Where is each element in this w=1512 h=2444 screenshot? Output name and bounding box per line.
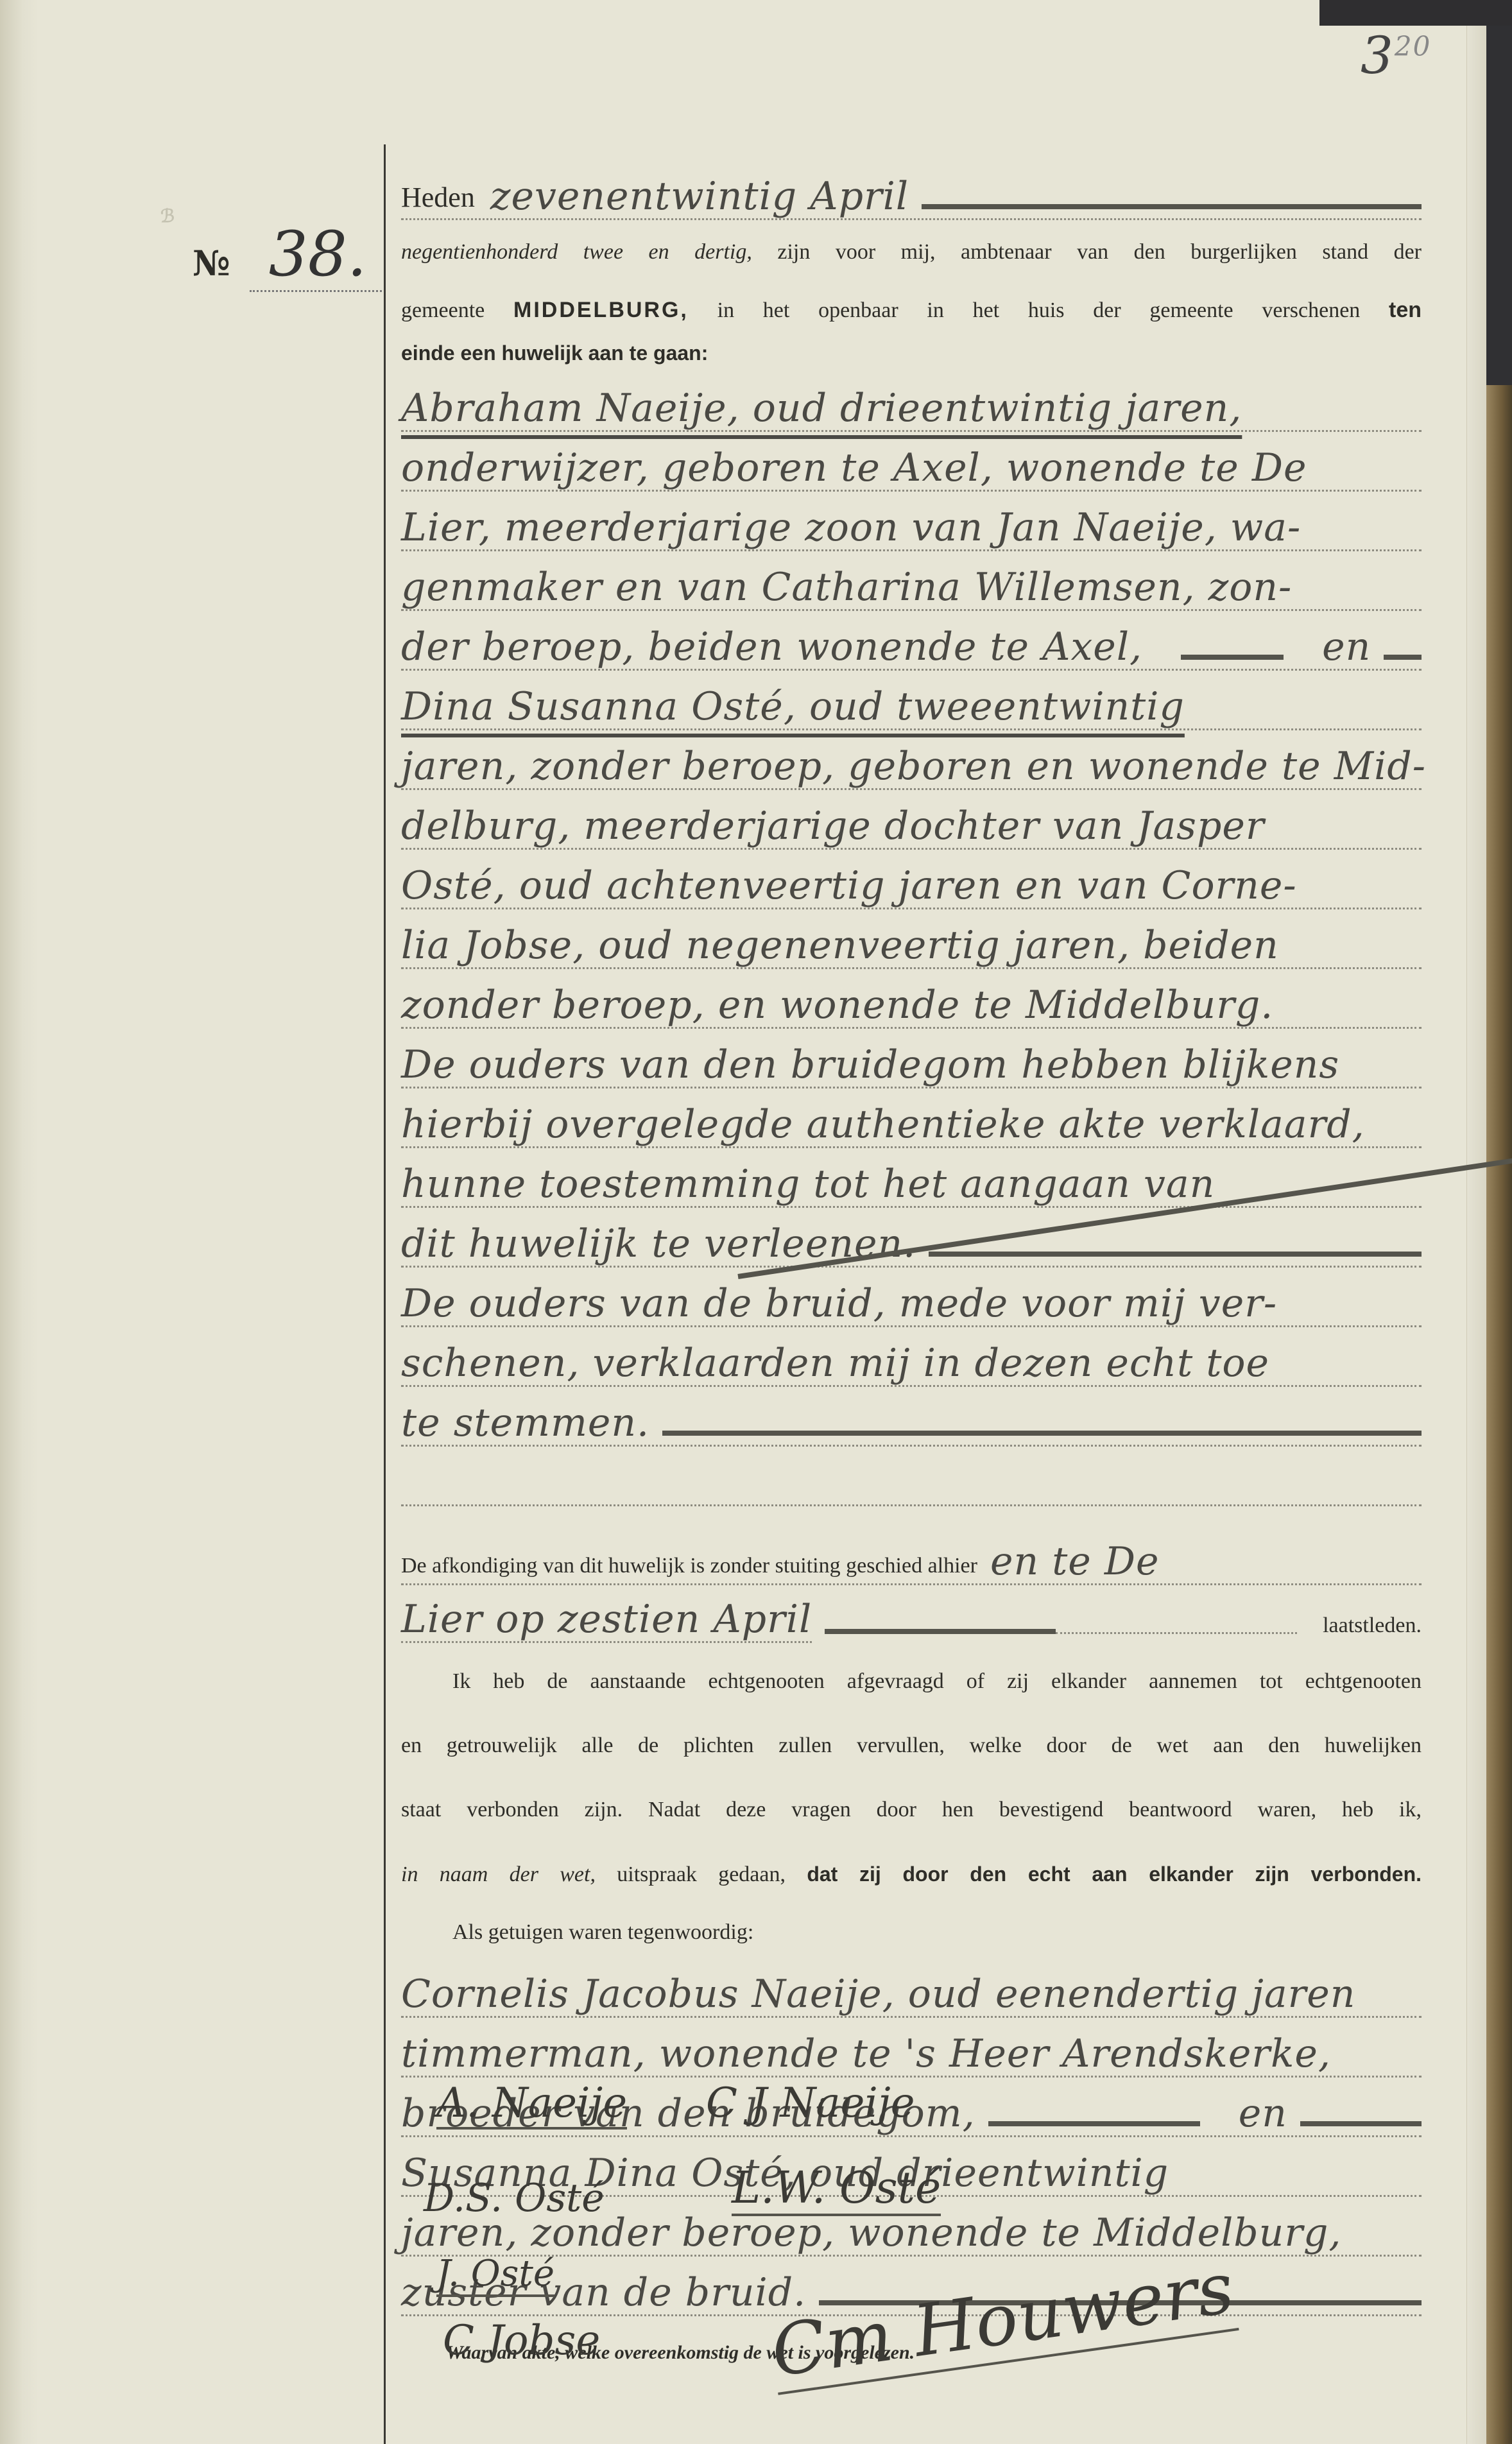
witnesses-label: Als getuigen waren tegenwoordig:	[452, 1907, 1422, 1958]
signature-witness-2: L.W. Osté	[732, 2163, 941, 2216]
official-text: zijn voor mij, ambtenaar van den burgerl…	[777, 240, 1422, 264]
line-filler	[825, 1629, 1056, 1634]
party-line: genmaker en van Catharina Willemsen, zon…	[401, 551, 1422, 611]
party-line: jaren, zonder beroep, geboren en wonende…	[401, 730, 1422, 790]
municipality-line: gemeente MIDDELBURG, in het openbaar in …	[401, 278, 1422, 343]
dotted-filler	[1056, 1632, 1297, 1634]
marriage-record-body: Heden zevenentwintig April negentienhond…	[401, 128, 1422, 2364]
party-line: onderwijzer, geboren te Axel, wonende te…	[401, 432, 1422, 492]
proclamation-line-2: Lier op zestien April laatstleden.	[401, 1585, 1422, 1643]
conjunction-en: en	[1322, 628, 1371, 669]
party-line: te stemmen.	[401, 1387, 1422, 1447]
municipality-bold-end: ten	[1389, 298, 1422, 322]
act-number: № 38.	[193, 218, 386, 292]
party-line: hierbij overgelegde authentieke akte ver…	[401, 1089, 1422, 1148]
party-line: dit huwelijk te verleenen.	[401, 1208, 1422, 1268]
declaration-line: Ik heb de aanstaande echtgenooten afgevr…	[452, 1649, 1422, 1714]
declaration-line: in naam der wet, uitspraak gedaan, dat z…	[401, 1842, 1422, 1907]
party-text: De ouders van de bruid, mede voor mij ve…	[401, 1284, 1277, 1325]
party-text: onderwijzer, geboren te Axel, wonende te…	[401, 449, 1307, 490]
page-edge	[1466, 19, 1486, 2444]
proclamation-place: en te De	[990, 1542, 1160, 1583]
book-gutter-shadow	[0, 0, 39, 2444]
date-handwritten: zevenentwintig April	[490, 177, 909, 218]
party-text: jaren, zonder beroep, geboren en wonende…	[401, 747, 1426, 788]
witness-text: Cornelis Jacobus Naeije, oud eenendertig…	[401, 1975, 1355, 2016]
party-line: Lier, meerderjarige zoon van Jan Naeije,…	[401, 492, 1422, 551]
line-filler	[929, 1252, 1422, 1257]
book-cover-top	[1319, 0, 1512, 26]
laatstleden-label: laatstleden.	[1323, 1615, 1422, 1643]
bleed-through-text: ℬ	[160, 205, 175, 227]
signature-registrar: Cm Houwers	[766, 2246, 1239, 2395]
signature-father-bride: J. Osté	[436, 2253, 554, 2297]
act-number-value: 38.	[250, 218, 386, 292]
municipality-prefix: gemeente	[401, 298, 485, 322]
party-line: delburg, meerderjarige dochter van Jaspe…	[401, 790, 1422, 850]
party-text: der beroep, beiden wonende te Axel,	[401, 628, 1142, 669]
municipality-name: MIDDELBURG,	[513, 298, 689, 322]
party-line: schenen, verklaarden mij in dezen echt t…	[401, 1327, 1422, 1387]
witness-line: Cornelis Jacobus Naeije, oud eenendertig…	[401, 1958, 1422, 2018]
folio-number-pencil: 20	[1395, 30, 1431, 62]
date-line: Heden zevenentwintig April	[401, 154, 1422, 220]
party-text: te stemmen.	[401, 1404, 649, 1445]
book-cover-dark	[1486, 0, 1512, 385]
party-line: Osté, oud achtenveertig jaren en van Cor…	[401, 850, 1422, 909]
year-line: negentienhonderd twee en dertig, zijn vo…	[401, 220, 1422, 284]
party-line: der beroep, beiden wonende te Axel, en	[401, 611, 1422, 671]
groom-line: Abraham Naeije, oud drieentwintig jaren,	[401, 389, 1242, 430]
municipality-rest: in het openbaar in het huis der gemeente…	[717, 298, 1361, 322]
line-filler	[1384, 655, 1422, 660]
year-text: negentienhonderd twee en dertig,	[401, 240, 752, 264]
line-filler	[922, 204, 1422, 209]
party-text: Osté, oud achtenveertig jaren en van Cor…	[401, 866, 1297, 908]
party-text: Lier, meerderjarige zoon van Jan Naeije,…	[401, 508, 1301, 549]
line-filler	[662, 1431, 1422, 1436]
party-text: schenen, verklaarden mij in dezen echt t…	[401, 1344, 1269, 1385]
proclamation-line: De afkondiging van dit huwelijk is zonde…	[401, 1506, 1422, 1585]
signature-mother-bride: C Jobse	[443, 2317, 600, 2364]
margin-rule	[384, 144, 386, 2444]
party-line: Dina Susanna Osté, oud tweeentwintig	[401, 671, 1422, 730]
party-line: Abraham Naeije, oud drieentwintig jaren,	[401, 372, 1422, 432]
line-filler	[1181, 655, 1284, 660]
declaration-italic: in naam der wet,	[401, 1863, 596, 1886]
bride-line: Dina Susanna Osté, oud tweeentwintig	[401, 687, 1185, 728]
signature-bride: D.S. Osté	[424, 2176, 605, 2221]
party-line: zonder beroep, en wonende te Middelburg.	[401, 969, 1422, 1029]
party-text: genmaker en van Catharina Willemsen, zon…	[401, 568, 1292, 609]
signature-witness-1: C J Naeije	[706, 2079, 915, 2127]
declaration-bold: dat zij door den echt aan elkander zijn …	[807, 1863, 1422, 1886]
party-line-blank	[401, 1447, 1422, 1506]
party-text: delburg, meerderjarige dochter van Jaspe…	[401, 807, 1265, 848]
party-text: hunne toestemming tot het aangaan van	[401, 1165, 1215, 1206]
heden-label: Heden	[401, 184, 475, 218]
proclamation-text: De afkondiging van dit huwelijk is zonde…	[401, 1555, 977, 1583]
declaration-line: staat verbonden zijn. Nadat deze vragen …	[401, 1778, 1422, 1842]
party-text: De ouders van den bruidegom hebben blijk…	[401, 1046, 1339, 1087]
proclamation-date: Lier op zestien April	[401, 1600, 812, 1643]
signature-groom: A. Naeije	[436, 2079, 627, 2130]
party-line: De ouders van den bruidegom hebben blijk…	[401, 1029, 1422, 1089]
party-line: lia Jobse, oud negenenveertig jaren, bei…	[401, 909, 1422, 969]
numero-sign: №	[193, 243, 230, 284]
party-text: hierbij overgelegde authentieke akte ver…	[401, 1105, 1365, 1146]
declaration-line: en getrouwelijk alle de plichten zullen …	[401, 1714, 1422, 1778]
folio-number: 320	[1361, 26, 1431, 85]
folio-number-ink: 3	[1361, 26, 1395, 85]
signatures-block: A. Naeije C J Naeije D.S. Osté L.W. Osté…	[411, 2067, 1373, 2426]
party-text: zonder beroep, en wonende te Middelburg.	[401, 986, 1273, 1027]
party-text: lia Jobse, oud negenenveertig jaren, bei…	[401, 926, 1279, 967]
party-line: De ouders van de bruid, mede voor mij ve…	[401, 1268, 1422, 1327]
declaration-regular: uitspraak gedaan,	[617, 1863, 786, 1886]
